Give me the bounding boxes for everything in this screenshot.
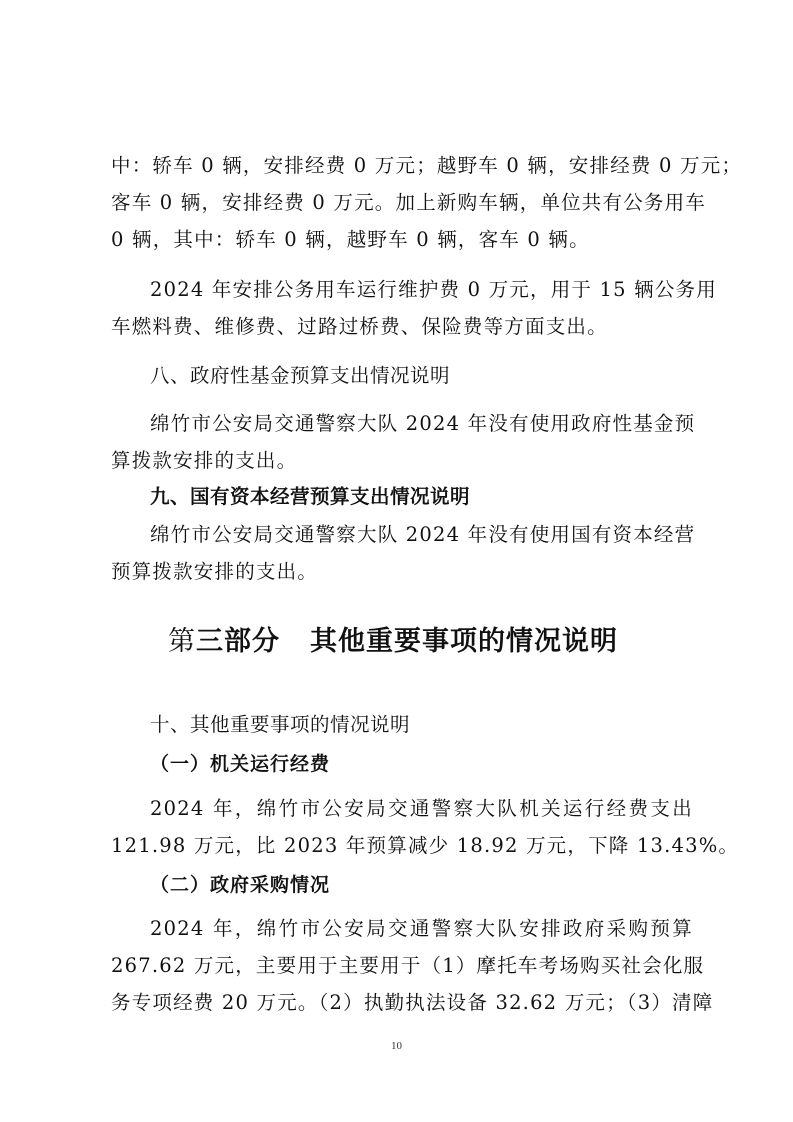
paragraph-line: 267.62 万元，主要用于主要用于（1）摩托车考场购买社会化服: [111, 953, 693, 979]
paragraph-line: 121.98 万元，比 2023 年预算减少 18.92 万元，下降 13.43…: [111, 833, 693, 859]
paragraph-line: 客车 0 辆，安排经费 0 万元。加上新购车辆，单位共有公务用车: [111, 190, 693, 216]
page-number: 10: [0, 1040, 793, 1052]
part-title-prefix: 第: [168, 626, 196, 657]
paragraph-line: 预算拨款安排的支出。: [111, 559, 693, 585]
paragraph-line: 务专项经费 20 万元。（2）执勤执法设备 32.62 万元；（3）清障: [111, 990, 693, 1016]
paragraph-line: 0 辆，其中：轿车 0 辆，越野车 0 辆，客车 0 辆。: [111, 227, 693, 253]
paragraph-line: 2024 年，绵竹市公安局交通警察大队安排政府采购预算: [150, 916, 693, 942]
paragraph-line: 中：轿车 0 辆，安排经费 0 万元；越野车 0 辆，安排经费 0 万元；: [111, 153, 693, 179]
subsection-heading: （一）机关运行经费: [150, 751, 732, 777]
paragraph-line: 绵竹市公安局交通警察大队 2024 年没有使用政府性基金预: [150, 411, 693, 437]
subsection-heading: （二）政府采购情况: [150, 872, 732, 898]
paragraph-line: 2024 年，绵竹市公安局交通警察大队机关运行经费支出: [150, 796, 693, 822]
paragraph-line: 2024 年安排公务用车运行维护费 0 万元，用于 15 辆公务用: [150, 277, 693, 303]
part-title: 第三部分其他重要事项的情况说明: [168, 624, 618, 660]
paragraph-line: 绵竹市公安局交通警察大队 2024 年没有使用国有资本经营: [150, 522, 693, 548]
part-title-text: 其他重要事项的情况说明: [310, 626, 618, 657]
document-page: 中：轿车 0 辆，安排经费 0 万元；越野车 0 辆，安排经费 0 万元； 客车…: [0, 0, 793, 1122]
paragraph-line: 算拨款安排的支出。: [111, 448, 693, 474]
paragraph-line: 车燃料费、维修费、过路过桥费、保险费等方面支出。: [111, 314, 693, 340]
part-title-number: 三部分: [196, 626, 280, 657]
section-heading: 八、政府性基金预算支出情况说明: [150, 363, 693, 389]
section-heading: 九、国有资本经营预算支出情况说明: [150, 484, 693, 510]
section-heading: 十、其他重要事项的情况说明: [150, 712, 693, 738]
